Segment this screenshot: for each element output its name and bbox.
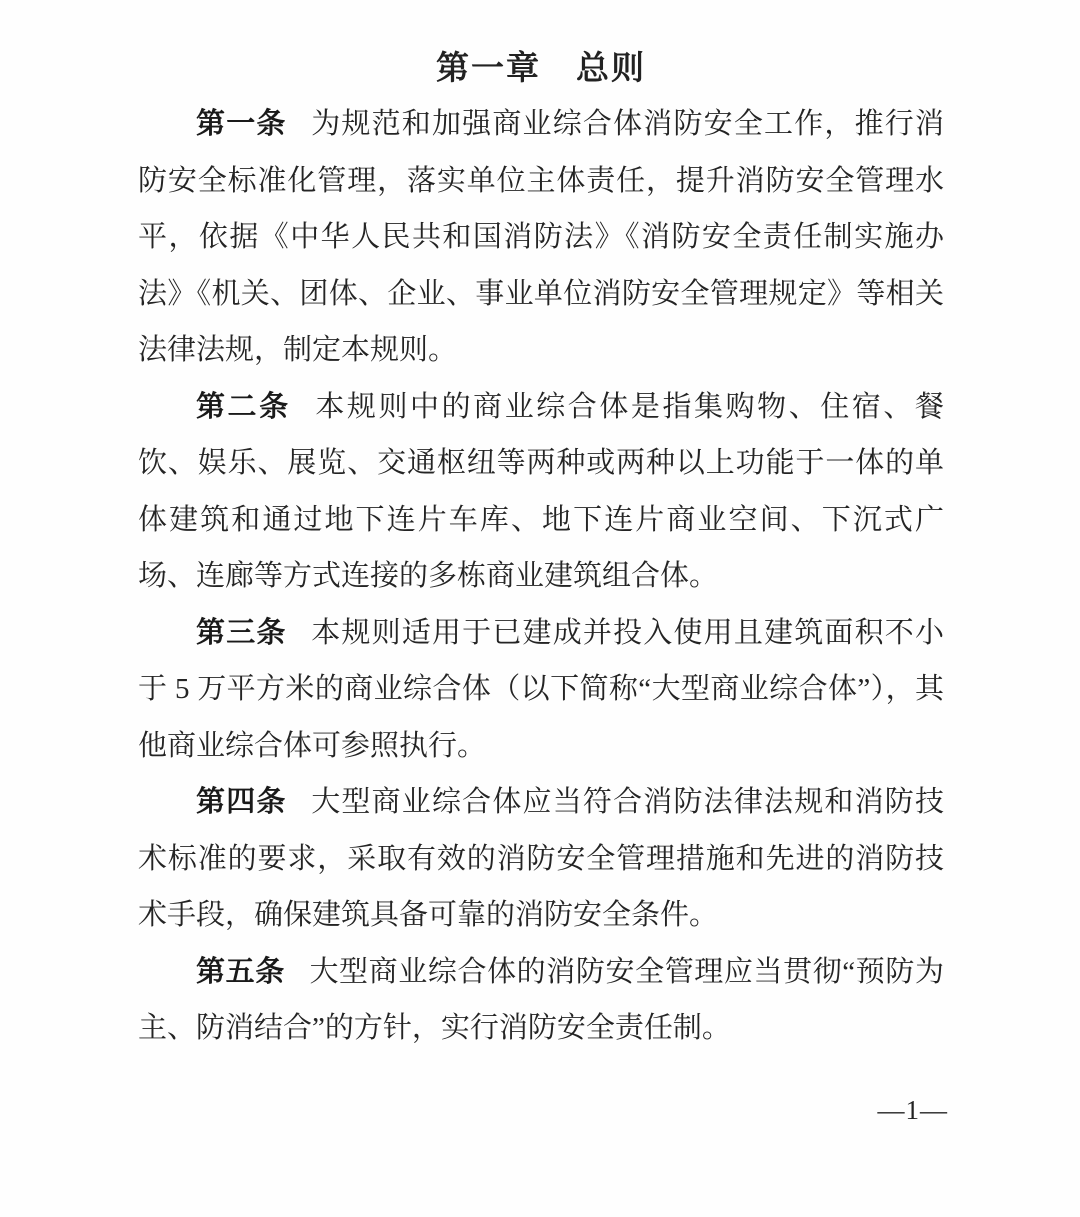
article-text: 为规范和加强商业综合体消防安全工作，推行消防安全标准化管理，落实单位主体责任，提… xyxy=(138,108,944,366)
page-number: —1— xyxy=(878,1094,949,1126)
article-number: 第五条 xyxy=(196,956,285,988)
document-body: 第一条为规范和加强商业综合体消防安全工作，推行消防安全标准化管理，落实单位主体责… xyxy=(138,96,944,1057)
chapter-title: 第一章 总则 xyxy=(138,48,944,88)
article-paragraph: 第四条大型商业综合体应当符合消防法律法规和消防技术标准的要求，采取有效的消防安全… xyxy=(138,774,944,944)
article-paragraph: 第五条大型商业综合体的消防安全管理应当贯彻“预防为主、防消结合”的方针，实行消防… xyxy=(138,944,944,1057)
article-paragraph: 第二条本规则中的商业综合体是指集购物、住宿、餐饮、娱乐、展览、交通枢纽等两种或两… xyxy=(138,379,944,605)
article-number: 第二条 xyxy=(196,391,291,423)
article-paragraph: 第一条为规范和加强商业综合体消防安全工作，推行消防安全标准化管理，落实单位主体责… xyxy=(138,96,944,379)
article-number: 第四条 xyxy=(196,786,287,818)
article-paragraph: 第三条本规则适用于已建成并投入使用且建筑面积不小于 5 万平方米的商业综合体（以… xyxy=(138,605,944,775)
document-page: 第一章 总则 第一条为规范和加强商业综合体消防安全工作，推行消防安全标准化管理，… xyxy=(0,0,1080,1217)
article-number: 第一条 xyxy=(196,108,287,140)
article-number: 第三条 xyxy=(196,617,287,649)
